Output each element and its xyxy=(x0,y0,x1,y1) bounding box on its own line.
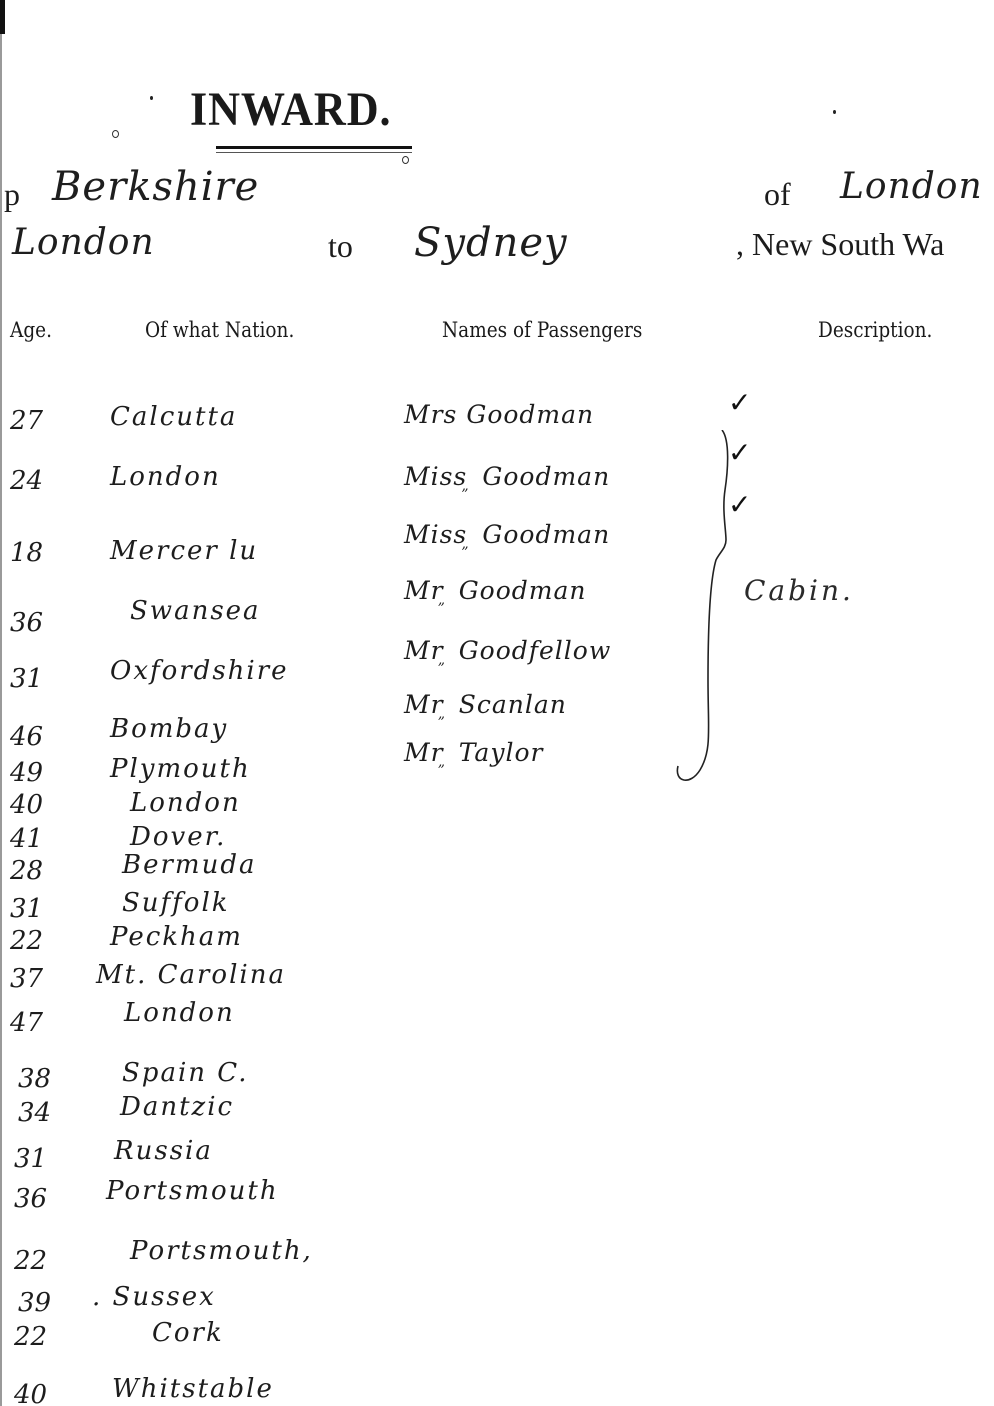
age-cell: 36 xyxy=(14,1184,47,1214)
passenger-name: Miss” Goodman xyxy=(404,462,610,491)
passenger-name: Miss” Goodman xyxy=(404,520,610,549)
ditto-mark: ” xyxy=(438,763,446,779)
nation-cell: Oxfordshire xyxy=(110,656,289,686)
column-header-names: Names of Passengers xyxy=(442,318,642,342)
age-cell: 34 xyxy=(18,1098,51,1128)
ditto-mark: ” xyxy=(438,601,446,617)
passenger-name: Mr” Taylor xyxy=(404,738,543,767)
page-corner-mark xyxy=(0,0,5,34)
passenger-surname: Goodman xyxy=(482,462,610,491)
to-label: to xyxy=(328,228,353,265)
check-mark-icon: ✓ xyxy=(728,386,751,419)
age-cell: 27 xyxy=(10,406,43,436)
description-value: Cabin. xyxy=(744,574,854,607)
nation-cell: Portsmouth, xyxy=(130,1236,313,1266)
ink-speck xyxy=(112,130,119,138)
age-cell: 22 xyxy=(14,1322,47,1352)
nation-cell: Plymouth xyxy=(110,754,251,784)
check-mark-icon: ✓ xyxy=(728,436,751,469)
age-cell: 40 xyxy=(14,1380,47,1406)
ditto-mark: ” xyxy=(461,545,469,561)
passenger-title: Miss xyxy=(404,462,467,491)
page-left-edge xyxy=(0,0,2,1406)
age-cell: 28 xyxy=(10,856,43,886)
nation-cell: Mt. Carolina xyxy=(96,960,286,990)
nation-cell: Peckham xyxy=(110,922,243,952)
column-header-age: Age. xyxy=(10,318,52,342)
column-header-nation: Of what Nation. xyxy=(145,318,294,342)
nation-cell: Calcutta xyxy=(110,402,237,432)
age-cell: 36 xyxy=(10,608,43,638)
passenger-title: Mrs xyxy=(404,400,457,429)
ink-speck xyxy=(150,96,153,100)
title-underline-thin xyxy=(216,152,412,153)
nation-cell: Dantzic xyxy=(120,1092,234,1122)
nation-cell: Portsmouth xyxy=(106,1176,279,1206)
age-cell: 37 xyxy=(10,964,43,994)
of-place: London xyxy=(840,166,983,207)
ditto-mark: ” xyxy=(461,487,469,503)
of-label: of xyxy=(764,176,791,213)
check-mark-icon: ✓ xyxy=(728,488,751,521)
colony-label: , New South Wa xyxy=(736,226,944,263)
nation-cell: London xyxy=(130,788,241,818)
document-title: INWARD. xyxy=(190,82,391,137)
nation-cell: Bermuda xyxy=(122,850,256,880)
passenger-name: Mr” Goodman xyxy=(404,576,586,605)
passenger-surname: Scanlan xyxy=(459,690,567,719)
nation-cell: Dover. xyxy=(130,822,226,852)
grouping-brace-icon xyxy=(670,430,730,790)
passenger-name: Mrs Goodman xyxy=(404,400,594,429)
passenger-surname: Taylor xyxy=(459,738,544,767)
age-cell: 24 xyxy=(10,466,43,496)
ship-name: Berkshire xyxy=(52,164,259,210)
nation-cell: Russia xyxy=(114,1136,213,1166)
age-cell: 41 xyxy=(10,824,43,854)
age-cell: 40 xyxy=(10,790,43,820)
ship-prefix: p xyxy=(4,176,20,213)
ink-speck xyxy=(402,156,409,164)
passenger-surname: Goodman xyxy=(466,400,594,429)
nation-cell: Bombay xyxy=(110,714,228,744)
age-cell: 31 xyxy=(10,894,43,924)
passenger-name: Mr” Scanlan xyxy=(404,690,567,719)
nation-cell: Swansea xyxy=(130,596,261,626)
from-place: London xyxy=(12,222,155,263)
age-cell: 31 xyxy=(14,1144,47,1174)
nation-cell: London xyxy=(124,998,235,1028)
passenger-title: Miss xyxy=(404,520,467,549)
age-cell: 22 xyxy=(10,926,43,956)
age-cell: 22 xyxy=(14,1246,47,1276)
ditto-mark: ” xyxy=(438,715,446,731)
title-underline xyxy=(216,146,412,149)
age-cell: 38 xyxy=(18,1064,51,1094)
age-cell: 39 xyxy=(18,1288,51,1318)
age-cell: 31 xyxy=(10,664,43,694)
passenger-surname: Goodfellow xyxy=(459,636,612,665)
nation-cell: Mercer lu xyxy=(110,536,258,566)
ditto-mark: ” xyxy=(438,661,446,677)
passenger-name: Mr” Goodfellow xyxy=(404,636,611,665)
to-place: Sydney xyxy=(414,220,568,266)
nation-cell: Suffolk xyxy=(122,888,230,918)
age-cell: 47 xyxy=(10,1008,43,1038)
age-cell: 49 xyxy=(10,758,43,788)
nation-cell: Whitstable xyxy=(112,1374,274,1404)
column-header-description: Description. xyxy=(818,318,932,342)
nation-cell: Cork xyxy=(152,1318,224,1348)
nation-cell: . Sussex xyxy=(92,1282,216,1312)
age-cell: 18 xyxy=(10,538,43,568)
passenger-surname: Goodman xyxy=(459,576,587,605)
ink-speck xyxy=(833,110,836,114)
passenger-surname: Goodman xyxy=(482,520,610,549)
nation-cell: London xyxy=(110,462,221,492)
age-cell: 46 xyxy=(10,722,43,752)
nation-cell: Spain C. xyxy=(122,1058,249,1088)
